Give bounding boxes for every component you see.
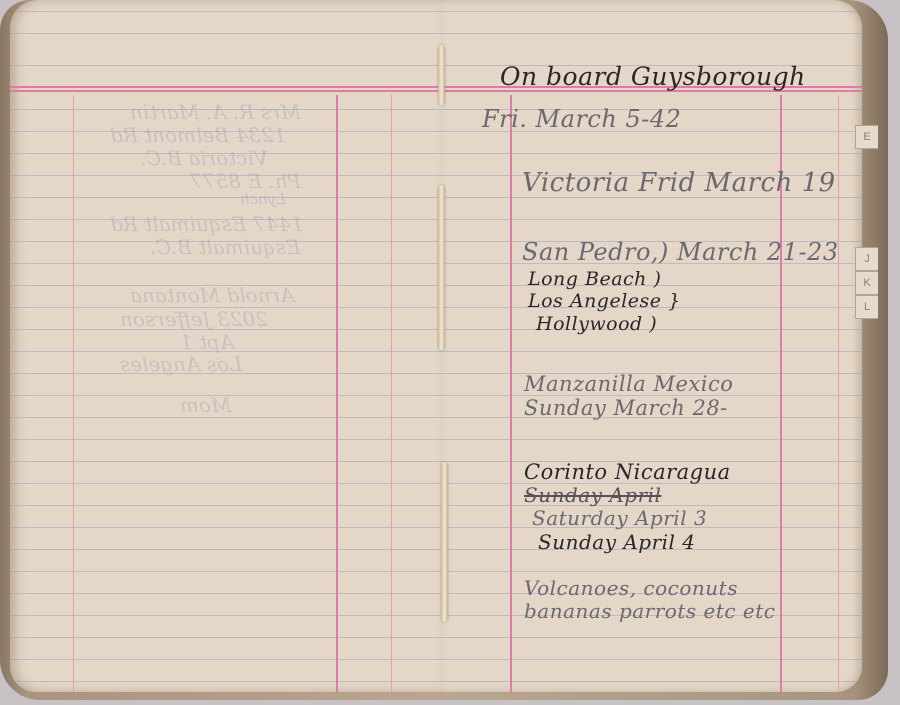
- entry-corinto: Corinto Nicaragua: [524, 460, 731, 484]
- index-tab[interactable]: K: [855, 271, 878, 295]
- entry-saturday: Saturday April 3: [532, 506, 707, 530]
- bleed-through-text: Victoria B.C.: [140, 146, 268, 170]
- bleed-through-text: 2023 Jefferson: [120, 307, 268, 331]
- entry-date: Fri. March 5-42: [482, 105, 681, 133]
- index-tab[interactable]: J: [855, 247, 878, 271]
- bleed-through-text: Lynch: [240, 190, 286, 208]
- bleed-through-text: Mrs R. A. Martin: [130, 100, 301, 124]
- bleed-through-text: Esquimalt B.C.: [150, 235, 301, 259]
- binding-staple: [441, 462, 448, 622]
- index-tab[interactable]: E: [855, 125, 878, 149]
- left-margin-line: [510, 95, 512, 692]
- left-margin-line: [73, 95, 74, 692]
- entry-manzanillo-date: Sunday March 28-: [524, 396, 728, 420]
- top-margin-rule: [10, 86, 442, 88]
- column-line-2: [391, 95, 392, 692]
- top-margin-rule-2: [10, 90, 442, 92]
- entry-los-angeles: Los Angelese }: [528, 290, 681, 312]
- column-line-1: [336, 95, 338, 692]
- binding-staple: [438, 185, 445, 350]
- entry-san-pedro: San Pedro,) March 21-23: [522, 238, 839, 266]
- entry-long-beach: Long Beach ): [528, 268, 661, 290]
- entry-volcanoes: Volcanoes, coconuts: [524, 576, 738, 600]
- bleed-through-text: 1447 Esquimalt Rd: [110, 212, 304, 236]
- entry-hollywood: Hollywood ): [536, 313, 657, 335]
- entry-victoria: Victoria Frid March 19: [522, 168, 836, 198]
- entry-struck-date: Sunday April: [524, 483, 661, 507]
- entry-sunday: Sunday April 4: [538, 530, 696, 554]
- bleed-through-text: Arnold Montana: [130, 283, 295, 307]
- binding-staple: [438, 45, 445, 105]
- entry-bananas: bananas parrots etc etc: [524, 599, 776, 623]
- entry-manzanillo: Manzanilla Mexico: [524, 372, 733, 396]
- entry-ship: On board Guysborough: [500, 62, 806, 91]
- left-page: Mrs R. A. Martin 1234 Belmont Rd Victori…: [10, 0, 442, 692]
- bleed-through-text: Los Angeles: [120, 352, 242, 376]
- notebook: Mrs R. A. Martin 1234 Belmont Rd Victori…: [0, 0, 900, 705]
- column-line-2: [838, 95, 839, 692]
- index-tabs: E J K L: [850, 125, 878, 685]
- index-tab[interactable]: L: [855, 295, 878, 319]
- right-page: On board Guysborough Fri. March 5-42 Vic…: [442, 0, 862, 692]
- bleed-through-text: 1234 Belmont Rd: [110, 123, 286, 147]
- bleed-through-text: Apt 1: [180, 330, 234, 354]
- bleed-through-text: Mom: [180, 393, 231, 417]
